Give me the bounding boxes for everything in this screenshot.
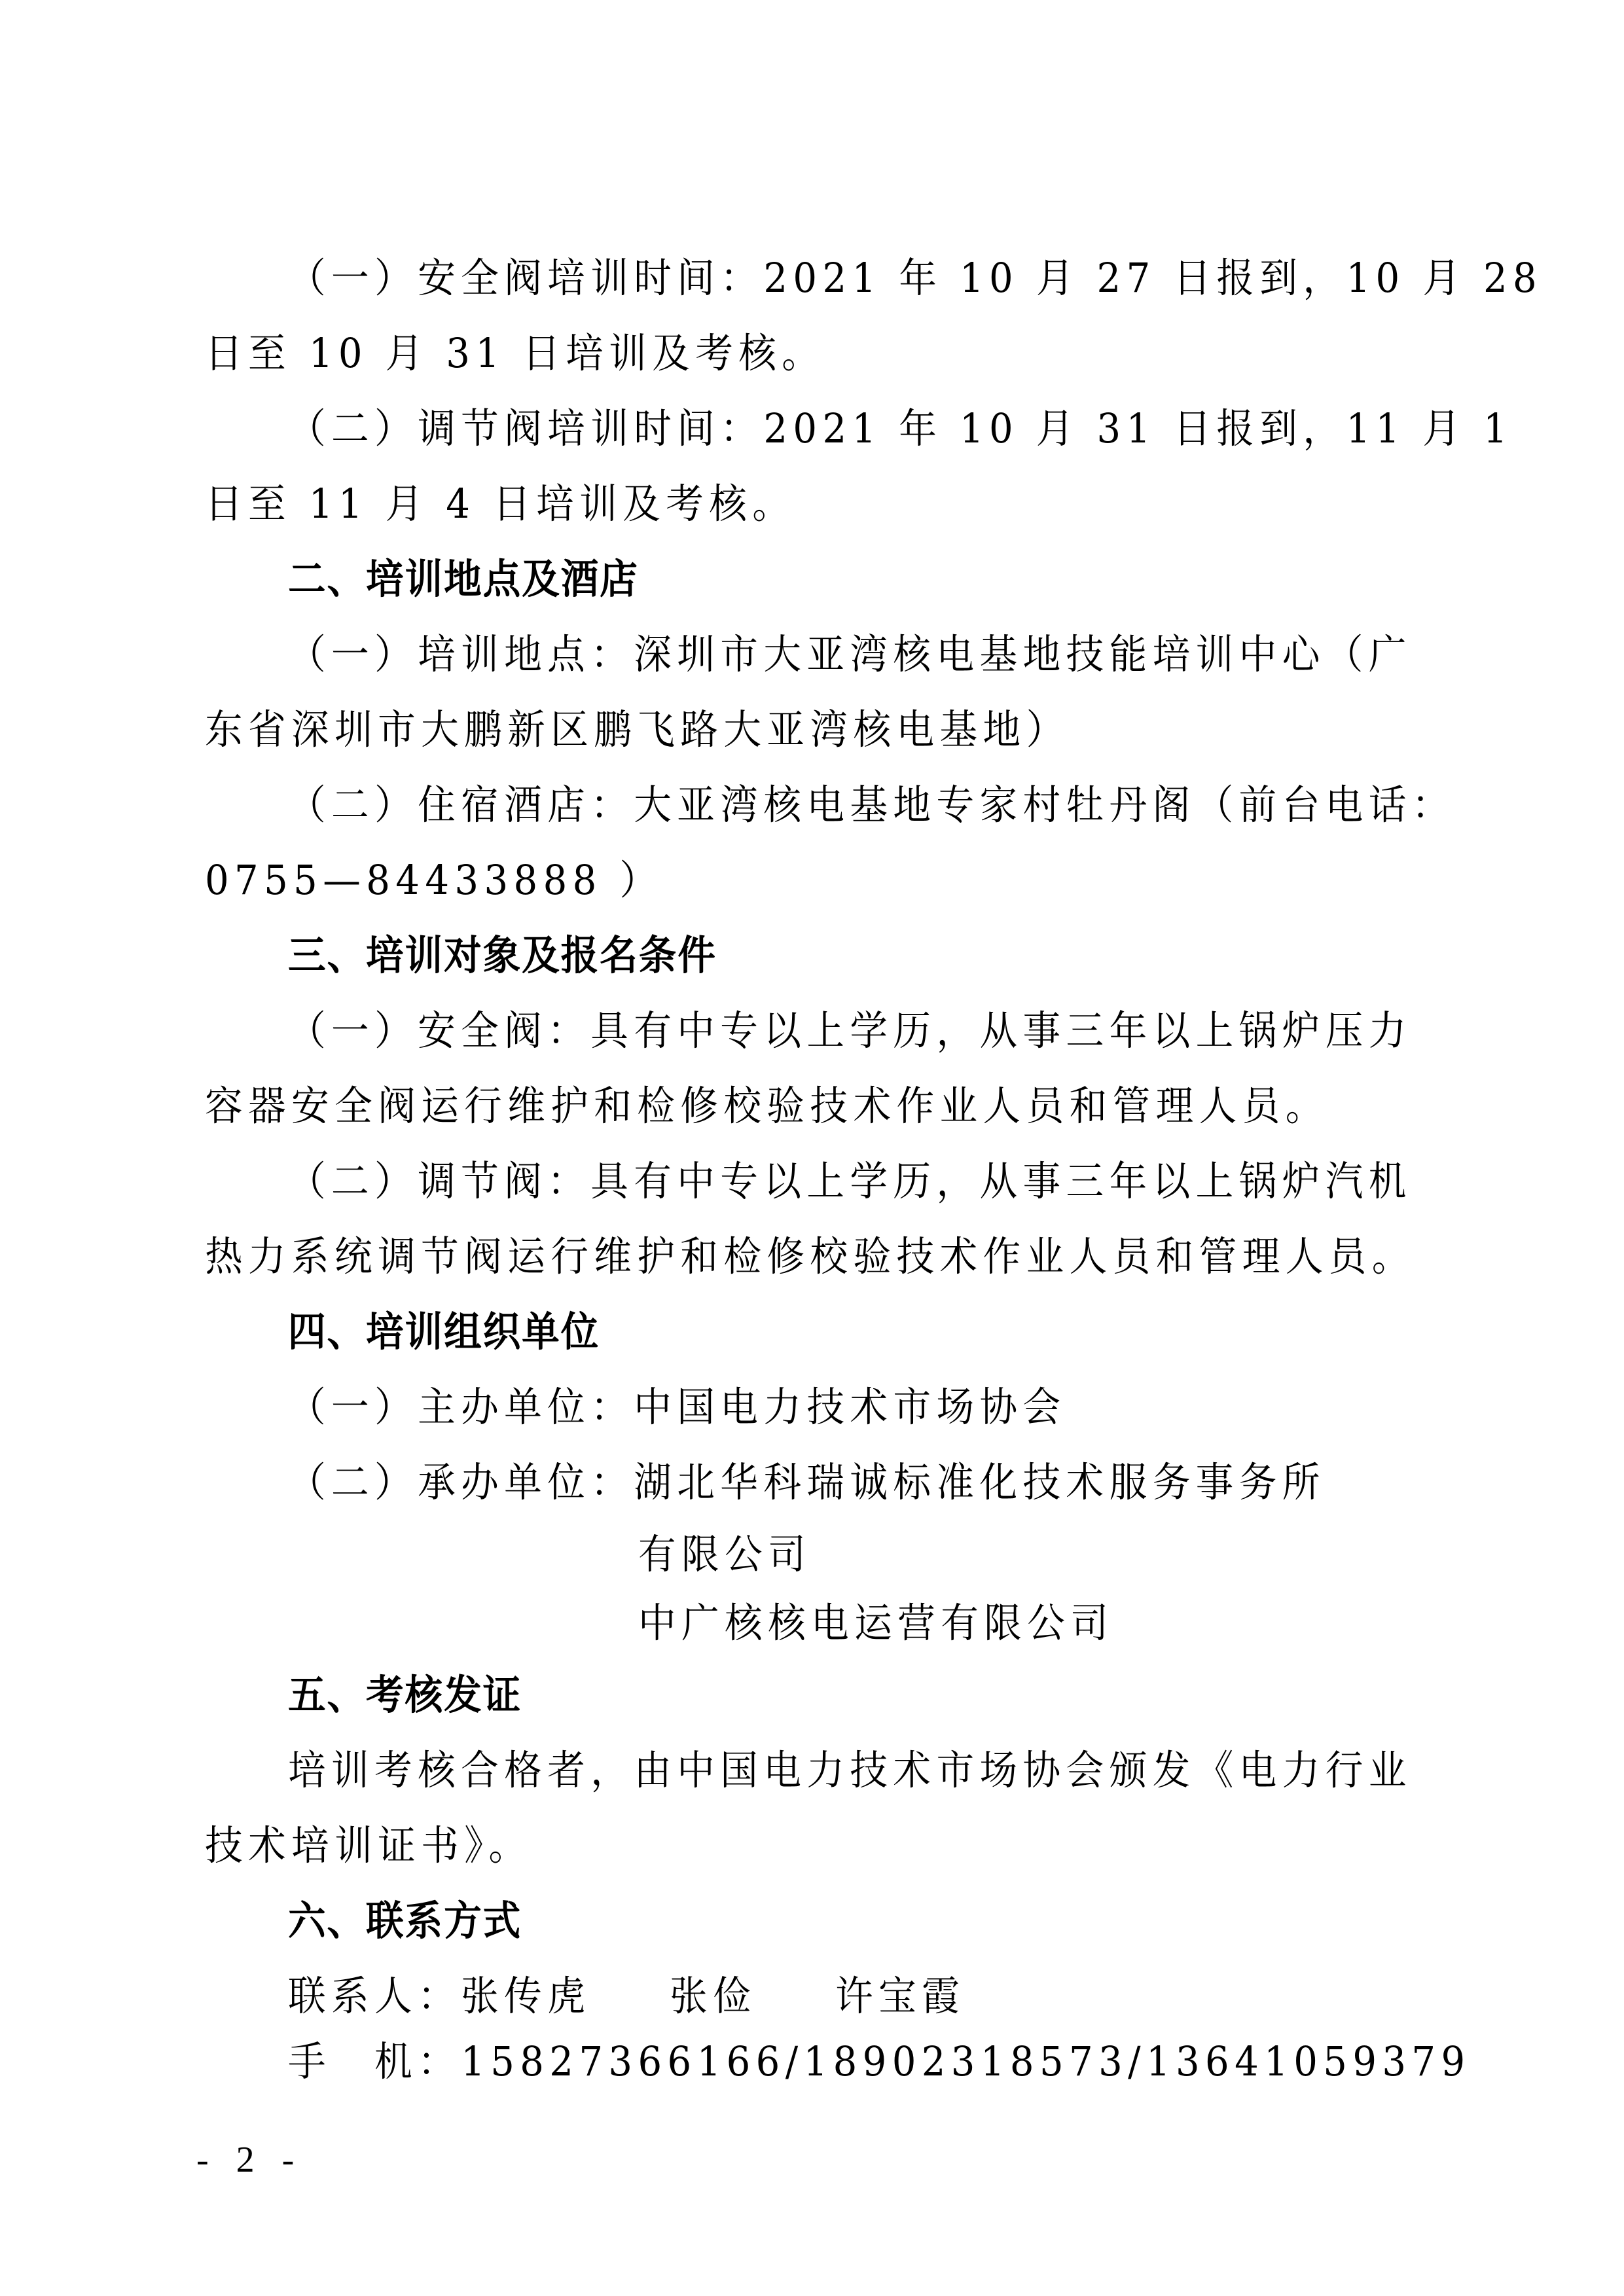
paragraph-control-valve-time-cont: 日至 11 月 4 日培训及考核。 <box>205 478 1337 530</box>
contact-name: 张传虎 <box>461 1970 590 2022</box>
document-page: （一）安全阀培训时间：2021 年 10 月 27 日报到，10 月 28 日至… <box>0 0 1624 2296</box>
paragraph-organizer: （二）承办单位：湖北华科瑞诚标准化技术服务事务所 <box>288 1456 1420 1509</box>
contact-name: 张俭 <box>670 1970 756 2022</box>
section-heading-location: 二、培训地点及酒店 <box>288 553 1420 605</box>
section-heading-certificate: 五、考核发证 <box>288 1669 1420 1721</box>
paragraph-safety-valve-time-cont: 日至 10 月 31 日培训及考核。 <box>205 327 1337 380</box>
phone-numbers: 15827366166/18902318573/13641059379 <box>461 2037 1470 2085</box>
paragraph-organizer-2: 中广核核电运营有限公司 <box>638 1597 1624 1649</box>
paragraph-training-location: （一）培训地点：深圳市大亚湾核电基地技能培训中心（广 <box>288 628 1420 681</box>
paragraph-certificate-cont: 技术培训证书》。 <box>205 1820 1337 1872</box>
paragraph-organizer-cont: 有限公司 <box>638 1528 1624 1581</box>
section-heading-contact: 六、联系方式 <box>288 1895 1420 1947</box>
section-heading-organizers: 四、培训组织单位 <box>288 1306 1420 1358</box>
paragraph-eligibility-control-cont: 热力系统调节阀运行维护和检修校验技术作业人员和管理人员。 <box>205 1230 1337 1283</box>
paragraph-host: （一）主办单位：中国电力技术市场协会 <box>288 1381 1420 1433</box>
paragraph-training-location-cont: 东省深圳市大鹏新区鹏飞路大亚湾核电基地） <box>205 704 1337 756</box>
paragraph-safety-valve-time: （一）安全阀培训时间：2021 年 10 月 27 日报到，10 月 28 <box>288 252 1420 304</box>
contact-label: 联系人： <box>288 1970 461 2022</box>
contact-phones: 手 机：15827366166/18902318573/13641059379 <box>288 2036 1420 2088</box>
section-heading-eligibility: 三、培训对象及报名条件 <box>288 929 1420 982</box>
paragraph-eligibility-control: （二）调节阀：具有中专以上学历，从事三年以上锅炉汽机 <box>288 1155 1420 1208</box>
contact-name: 许宝霞 <box>835 1970 965 2022</box>
paragraph-certificate: 培训考核合格者，由中国电力技术市场协会颁发《电力行业 <box>288 1744 1420 1797</box>
paragraph-eligibility-safety: （一）安全阀：具有中专以上学历，从事三年以上锅炉压力 <box>288 1005 1420 1057</box>
contact-persons: 联系人：张传虎张俭许宝霞 <box>288 1970 1420 2022</box>
page-number: - 2 - <box>196 2137 303 2183</box>
phone-label: 手 机： <box>288 2037 461 2085</box>
paragraph-hotel: （二）住宿酒店：大亚湾核电基地专家村牡丹阁（前台电话： <box>288 779 1420 831</box>
paragraph-hotel-phone: 0755—84433888 ） <box>205 854 1337 906</box>
paragraph-control-valve-time: （二）调节阀培训时间：2021 年 10 月 31 日报到，11 月 1 <box>288 403 1420 455</box>
paragraph-eligibility-safety-cont: 容器安全阀运行维护和检修校验技术作业人员和管理人员。 <box>205 1080 1337 1132</box>
